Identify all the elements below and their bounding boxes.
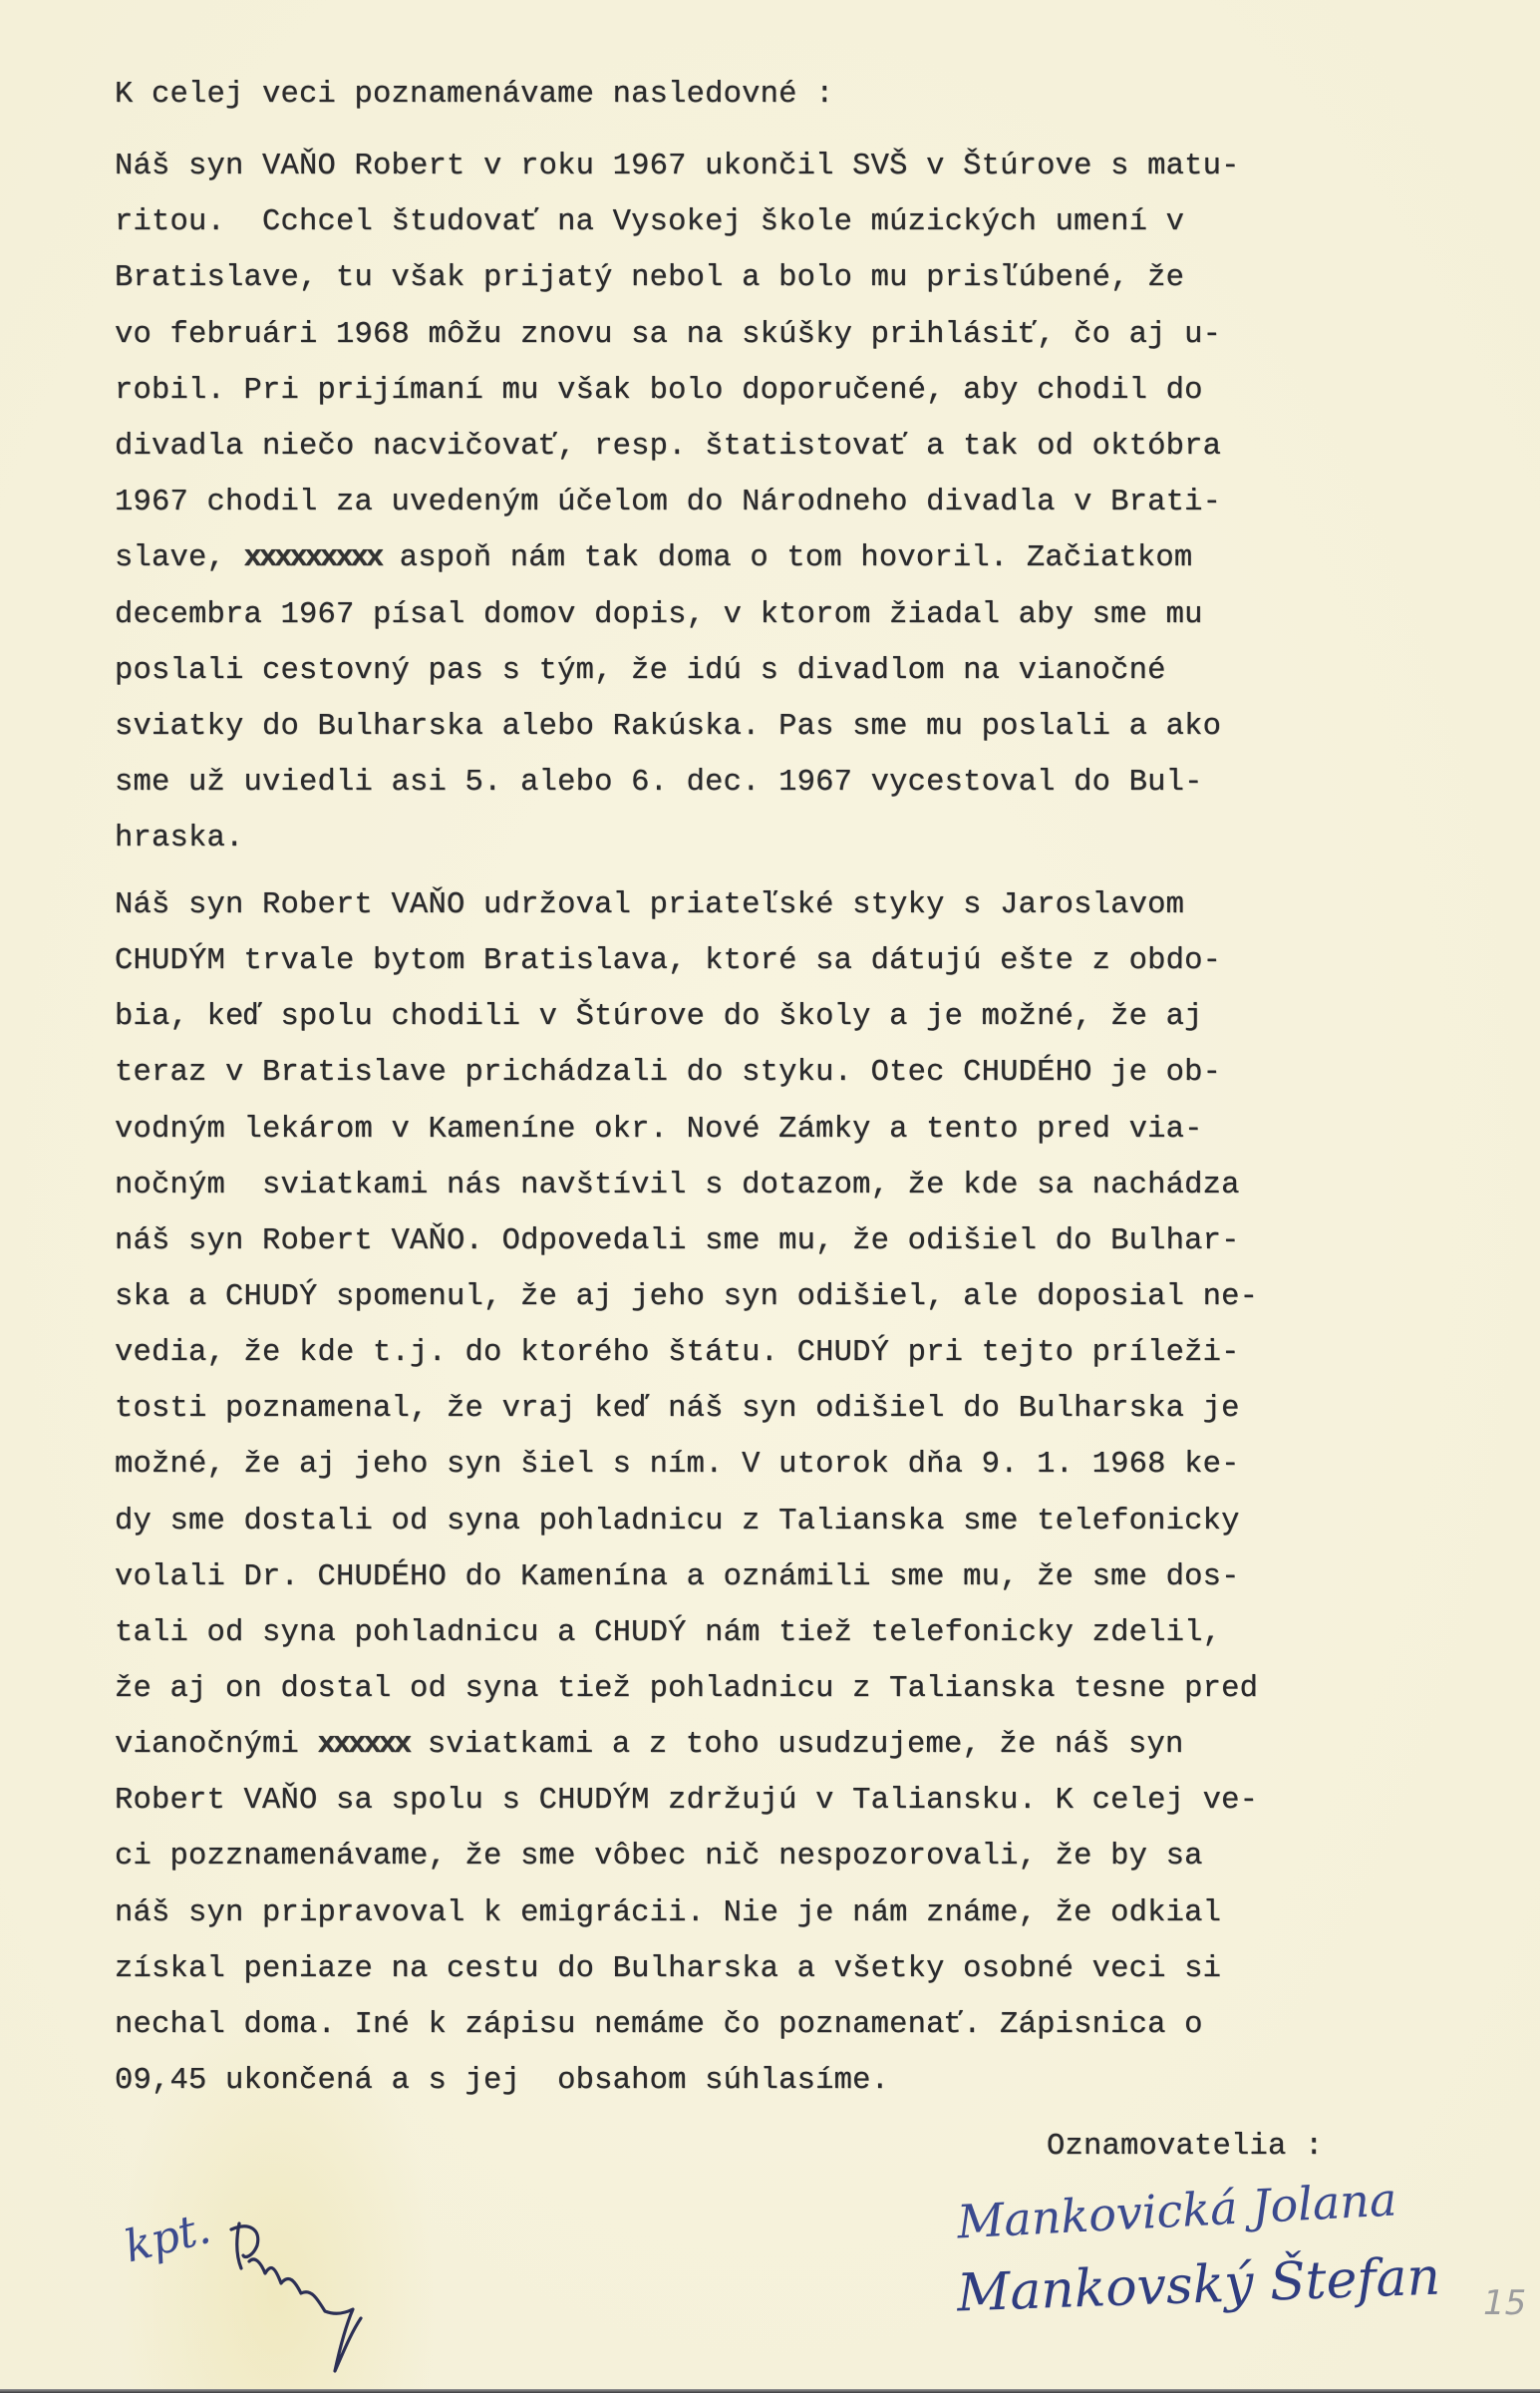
page-number: 15 xyxy=(1483,2283,1526,2323)
officer-signature-scribble xyxy=(0,0,1540,2393)
scan-bottom-edge xyxy=(0,2389,1540,2393)
